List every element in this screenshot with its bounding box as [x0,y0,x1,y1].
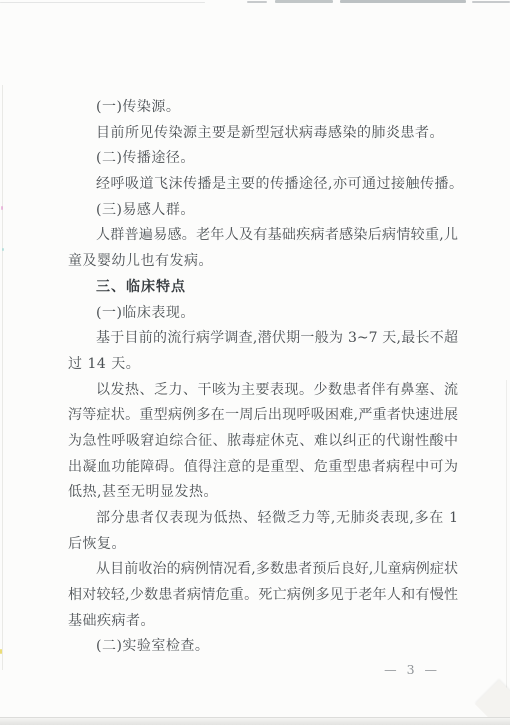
scan-artifact-speckle [0,649,2,654]
text-line-11: 过 14 天。 [68,352,458,378]
text-block: (一)传染源。目前所见传染源主要是新型冠状病毒感染的肺炎患者。(二)传播途径。经… [68,95,458,660]
scanned-document-page: (一)传染源。目前所见传染源主要是新型冠状病毒感染的肺炎患者。(二)传播途径。经… [0,0,510,725]
text-line-12: 以发热、乏力、干咳为主要表现。少数患者伴有鼻塞、流涕、腹 [68,378,458,404]
text-line-6: 人群普遍易感。老年人及有基础疾病者感染后病情较重,儿 [68,223,458,249]
text-line-17: 部分患者仅表现为低热、轻微乏力等,无肺炎表现,多在 1 周 [68,506,458,532]
scan-artifact-speckle [1,206,3,210]
text-line-10: 基于目前的流行病学调查,潜伏期一般为 3~7 天,最长不超 [68,326,458,352]
text-line-14: 为急性呼吸窘迫综合征、脓毒症休克、难以纠正的代谢性酸中毒和 [68,429,458,455]
scan-artifact-top-dash [275,0,333,3]
scan-artifact-top-dash [340,0,466,3]
text-line-22: (二)实验室检查。 [68,634,458,660]
text-line-18: 后恢复。 [68,532,458,558]
scan-artifact-top-dash [247,1,267,3]
text-line-19: 从目前收治的病例情况看,多数患者预后良好,儿童病例症状 [68,557,458,583]
text-line-16: 低热,甚至无明显发热。 [68,480,458,506]
text-line-8: 三、临床特点 [68,275,458,301]
scan-artifact-top-dash [0,2,205,3]
text-line-20: 相对较轻,少数患者病情危重。死亡病例多见于老年人和有慢性 [68,583,458,609]
text-line-9: (一)临床表现。 [68,301,458,327]
text-line-13: 泻等症状。重型病例多在一周后出现呼吸困难,严重者快速进展 [68,403,458,429]
scan-artifact-speckle [2,248,4,251]
text-line-3: (二)传播途径。 [68,146,458,172]
text-line-5: (三)易感人群。 [68,198,458,224]
text-line-1: (一)传染源。 [68,95,458,121]
scan-artifact-top-dash [472,1,510,3]
text-line-4: 经呼吸道飞沫传播是主要的传播途径,亦可通过接触传播。 [68,172,458,198]
text-line-15: 出凝血功能障碍。值得注意的是重型、危重型患者病程中可为中 [68,455,458,481]
text-line-7: 童及婴幼儿也有发病。 [68,249,458,275]
scan-artifact-right-edge [506,380,507,718]
scan-artifact-left-edge [2,85,3,670]
page-number: — 3 — [384,662,440,678]
scan-artifact-bottom-edge [0,717,510,725]
text-line-2: 目前所见传染源主要是新型冠状病毒感染的肺炎患者。 [68,121,458,147]
text-line-21: 基础疾病者。 [68,609,458,635]
